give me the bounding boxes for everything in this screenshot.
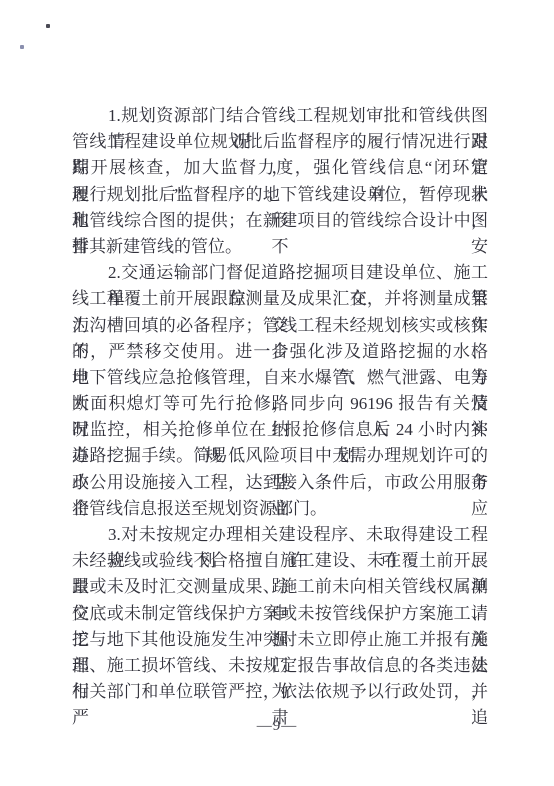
paragraph-1: 1.规划资源部门结合管线工程规划审批和管线供图情况,对 管线工程建设单位规划批后… <box>72 103 488 260</box>
text-line: 未经验线或验线不合格擅自施工建设、未在覆土前开展跟踪测 <box>72 548 488 574</box>
document-page: 1.规划资源部门结合管线工程规划审批和管线供图情况,对 管线工程建设单位规划批后… <box>0 0 554 786</box>
text-line: 管线工程建设单位规划批后监督程序的履行情况进行跟踪，定 <box>72 129 488 155</box>
text-line: 大面积熄灯等可先行抢修，同步向 96196 报告有关情况，纳入实 <box>72 391 488 417</box>
text-line: 量或未及时汇交测量成果、施工前未向相关管线权属单位申请 <box>72 574 488 600</box>
text-line: 时监控，相关抢修单位在上报抢修信息后 24 小时内补办规划、 <box>72 417 488 443</box>
text-line: 3.对未按规定办理相关建设程序、未取得建设工程规划许可、 <box>72 522 488 548</box>
text-line: 交底或未制定管线保护方案或未按管线保护方案施工、挖掘施 <box>72 601 488 627</box>
page-number: —9— <box>0 716 554 736</box>
paragraph-2: 2.交通运输部门督促道路挖掘项目建设单位、施工单位在管 线工程覆土前开展跟踪测量… <box>72 260 488 522</box>
text-line: 2.交通运输部门督促道路挖掘项目建设单位、施工单位在管 <box>72 260 488 286</box>
scan-artifact <box>46 24 50 28</box>
text-line: 线工程覆土前开展跟踪测量及成果汇交，并将测量成果汇交作 <box>72 286 488 312</box>
paragraph-3: 3.对未按规定办理相关建设程序、未取得建设工程规划许可、 未经验线或验线不合格擅… <box>72 522 488 705</box>
text-line: 道路挖掘手续。简易低风险项目中无需办理规划许可的小型市 <box>72 443 488 469</box>
text-line: 的，严禁移交使用。进一步强化涉及道路挖掘的水、电、气等 <box>72 339 488 365</box>
text-line: 为沟槽回填的必备程序；管线工程未经规划核实或核实不合格 <box>72 313 488 339</box>
text-line: 理、施工损坏管线、未按规定报告事故信息的各类违法行为， <box>72 653 488 679</box>
document-body: 1.规划资源部门结合管线工程规划审批和管线供图情况,对 管线工程建设单位规划批后… <box>72 103 488 705</box>
text-line: 1.规划资源部门结合管线工程规划审批和管线供图情况,对 <box>72 103 488 129</box>
text-line: 地下管线应急抢修管理，自来水爆管、燃气泄露、电力断路及 <box>72 365 488 391</box>
text-line: 相关部门和单位联管严控，依法依规予以行政处罚，并严肃追 <box>72 679 488 705</box>
scan-artifact <box>20 45 24 49</box>
text-line: 履行规划批后监督程序的地下管线建设单位，暂停现状地形图 <box>72 182 488 208</box>
text-line: 期开展核查，加大监督力度，强化管线信息“闭环管理”。对未 <box>72 155 488 181</box>
text-line: 工与地下其他设施发生冲突时未立即停止施工并报有关部门处 <box>72 627 488 653</box>
text-line: 和管线综合图的提供；在新建项目的管线综合设计中，暂不安 <box>72 208 488 234</box>
text-line: 政公用设施接入工程，达到接入条件后，市政公用服务企业应 <box>72 470 488 496</box>
